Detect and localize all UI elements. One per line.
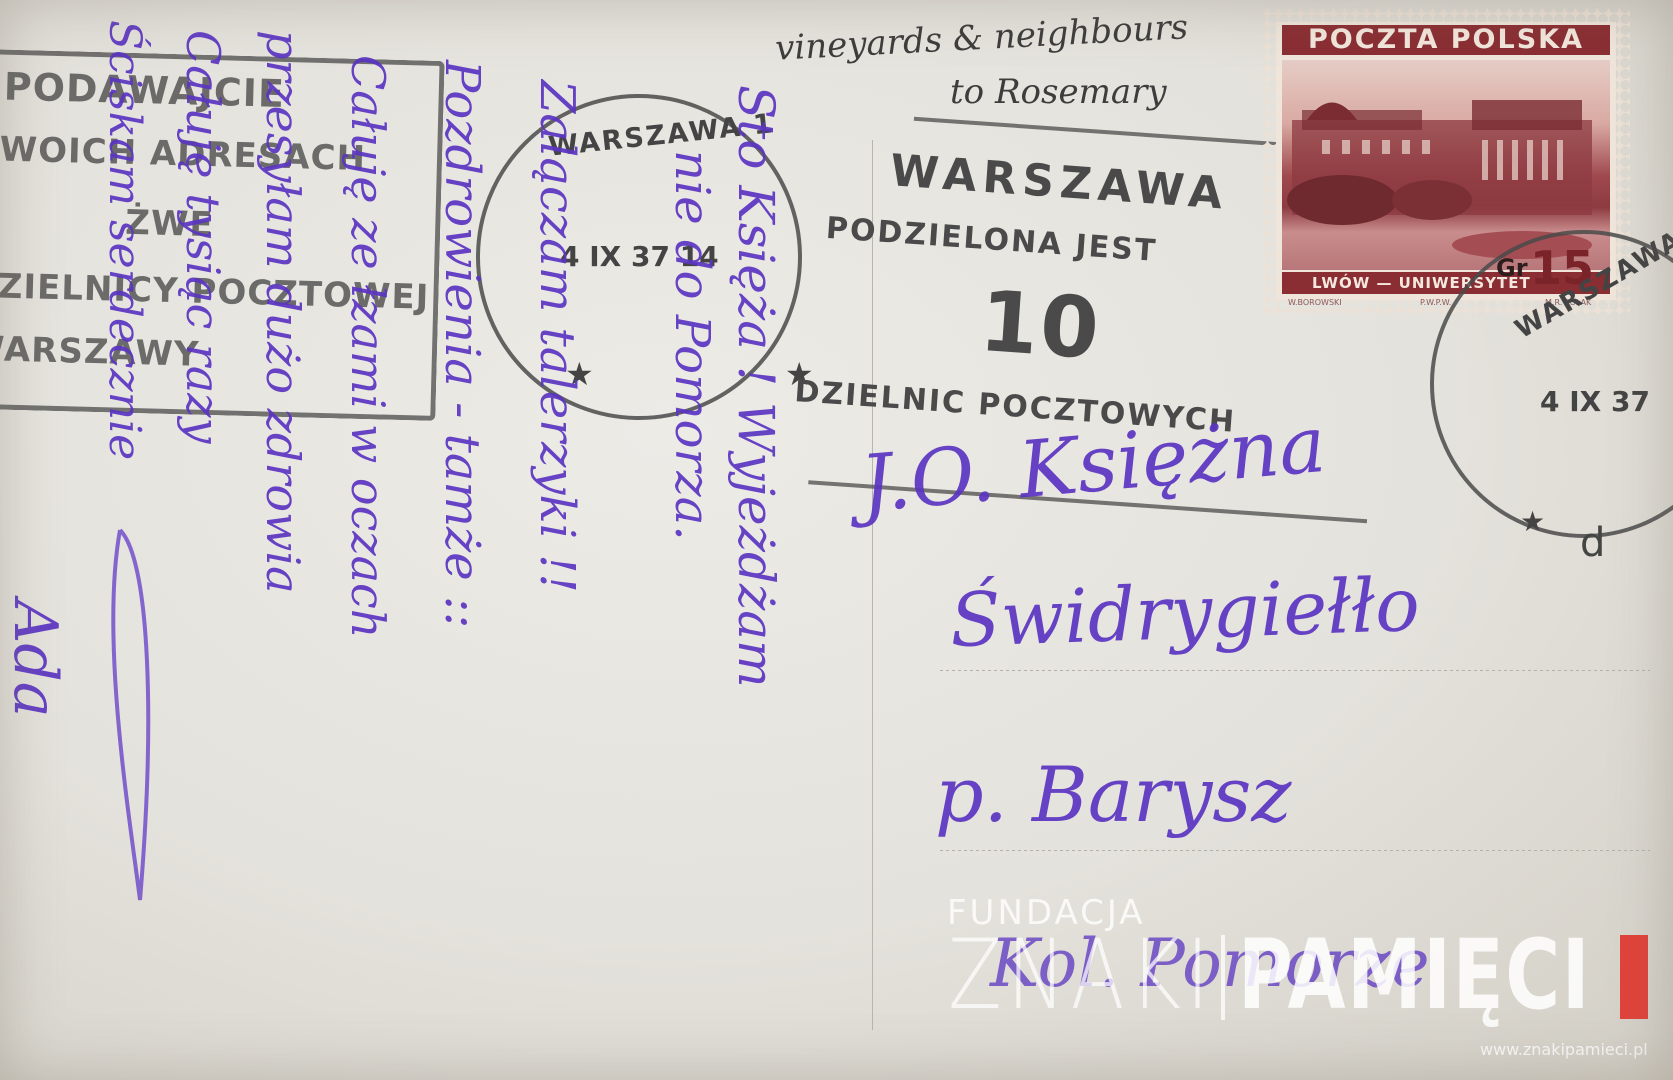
slogan-line: WARSZAWA [888, 145, 1230, 220]
watermark-red-bar [1620, 935, 1648, 1019]
postmark-right-date: 4 IX 37 [1540, 385, 1650, 418]
signature-flourish [80, 520, 160, 920]
watermark-url: www.znakipamieci.pl [1480, 1040, 1648, 1059]
address-line3: p. Barysz [935, 750, 1291, 839]
pencil-note-line2: to Rosemary [950, 72, 1167, 112]
watermark-znaki: ZNAKI [948, 925, 1214, 1025]
postmark-right-letter: d [1580, 520, 1605, 566]
message-line: Całuję ze łzami w oczach [341, 55, 395, 638]
message-line: przesyłam dużo zdrowia [256, 30, 310, 594]
stamp-engraver: W.BOROWSKI [1288, 298, 1342, 307]
signature: Ada [0, 600, 70, 718]
stamp-header: POCZTA POLSKA [1282, 25, 1610, 55]
slogan-line: PODZIELONA JEST [825, 211, 1158, 269]
address-line [940, 670, 1650, 671]
message-line: Zalączam talerzyki !! [529, 80, 585, 593]
watermark-separator [1221, 935, 1225, 1020]
watermark-pamieci: PAMIĘCI [1238, 925, 1591, 1025]
message-line: nie do Pomorza. [664, 150, 720, 541]
address-line [940, 850, 1650, 851]
message-line: Ściskam serdecznie [99, 20, 150, 460]
message-line: Całuję tysiąc razy [176, 30, 230, 444]
district-number: 10 [977, 272, 1104, 378]
stamp-printer: P.W.P.W. [1420, 298, 1451, 307]
message-line: Sto Księża ! Wyjeżdżam [727, 85, 785, 688]
message-line: Pozdrowienia - tamże :: [434, 60, 490, 628]
address-line2: Świdrygiełło [949, 562, 1421, 664]
